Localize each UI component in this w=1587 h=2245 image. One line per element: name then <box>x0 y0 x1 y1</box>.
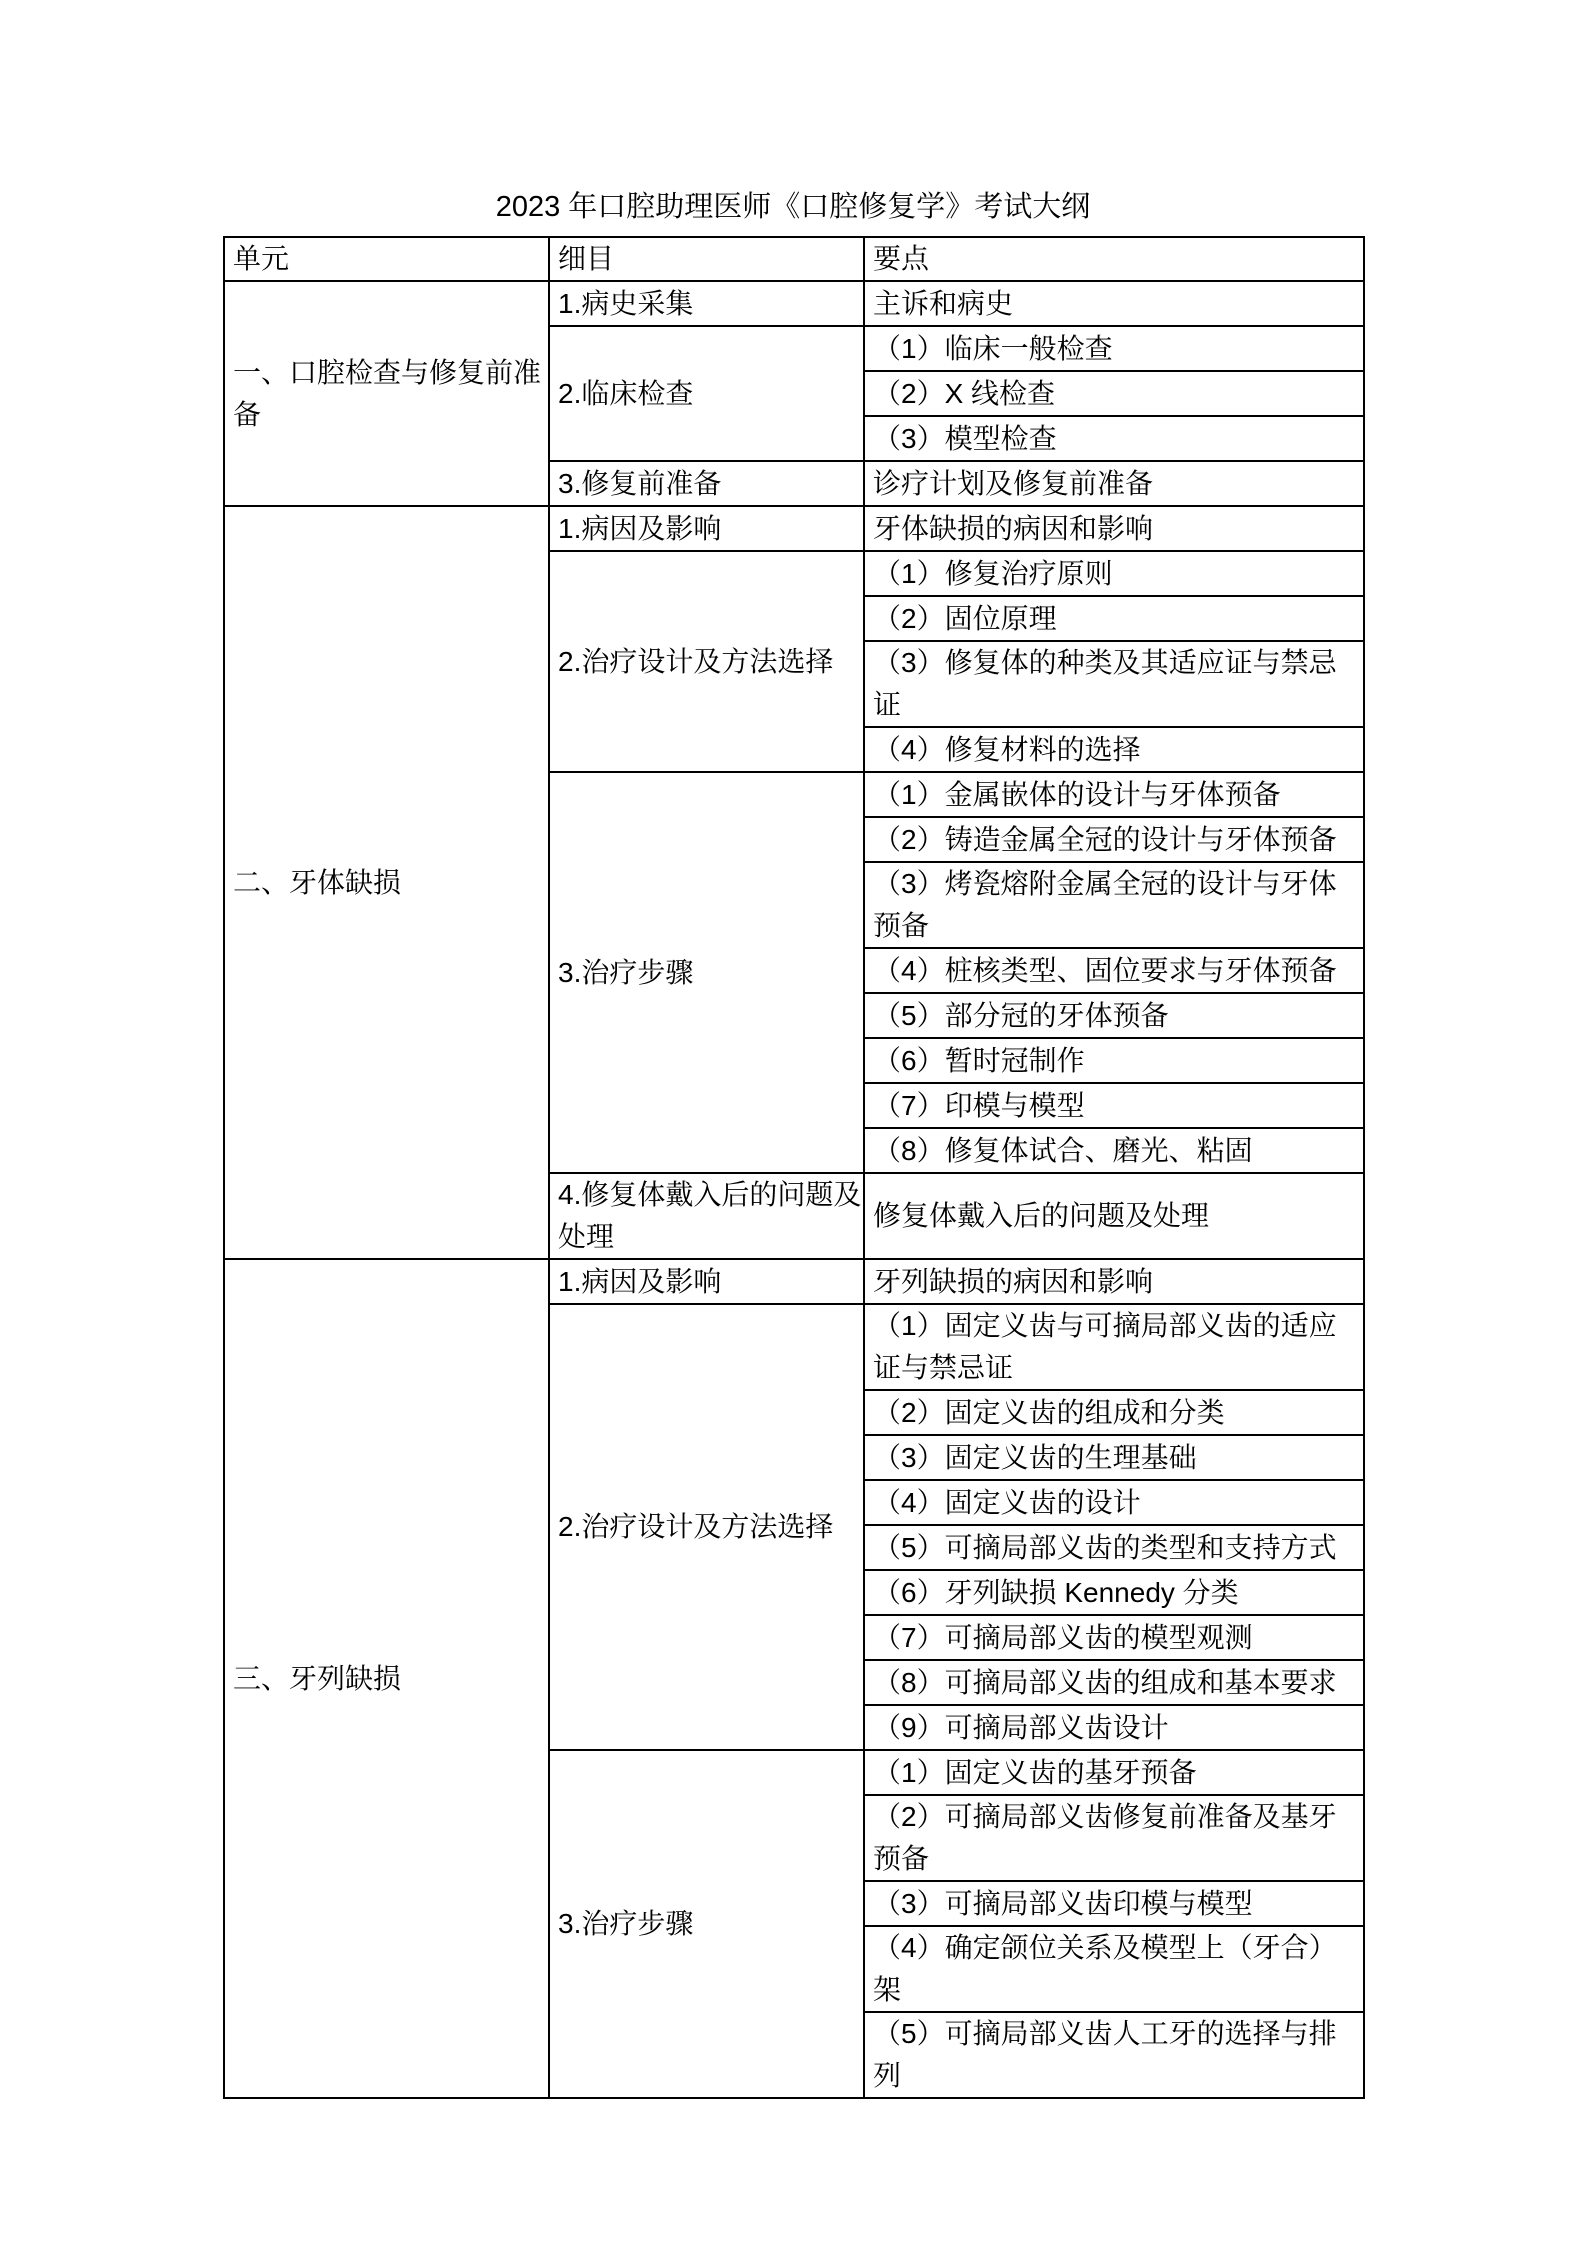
unit-cell: 三、牙列缺损 <box>224 1259 549 2098</box>
unit-cell: 二、牙体缺损 <box>224 506 549 1259</box>
point-cell: （5）可摘局部义齿的类型和支持方式 <box>864 1525 1364 1570</box>
point-cell: （1）金属嵌体的设计与牙体预备 <box>864 772 1364 817</box>
point-cell: （4）桩核类型、固位要求与牙体预备 <box>864 948 1364 993</box>
point-cell: 牙体缺损的病因和影响 <box>864 506 1364 551</box>
unit-cell: 一、口腔检查与修复前准备 <box>224 281 549 506</box>
header-row: 单元 细目 要点 <box>224 237 1364 281</box>
point-cell: （4）确定颌位关系及模型上（牙合）架 <box>864 1926 1364 2012</box>
point-cell: （3）固定义齿的生理基础 <box>864 1435 1364 1480</box>
point-cell: （2）铸造金属全冠的设计与牙体预备 <box>864 817 1364 862</box>
table-row: 二、牙体缺损1.病因及影响牙体缺损的病因和影响 <box>224 506 1364 551</box>
column-header-detail: 细目 <box>549 237 864 281</box>
detail-cell: 1.病因及影响 <box>549 1259 864 1304</box>
page: { "page": { "title": "2023 年口腔助理医师《口腔修复学… <box>0 0 1587 2245</box>
point-cell: 诊疗计划及修复前准备 <box>864 461 1364 506</box>
point-cell: （1）临床一般检查 <box>864 326 1364 371</box>
point-cell: （3）修复体的种类及其适应证与禁忌证 <box>864 641 1364 727</box>
point-cell: 修复体戴入后的问题及处理 <box>864 1173 1364 1259</box>
detail-cell: 3.治疗步骤 <box>549 772 864 1173</box>
point-cell: （1）固定义齿与可摘局部义齿的适应证与禁忌证 <box>864 1304 1364 1390</box>
point-cell: （1）固定义齿的基牙预备 <box>864 1750 1364 1795</box>
point-cell: （2）固定义齿的组成和分类 <box>864 1390 1364 1435</box>
table-header: 单元 细目 要点 <box>224 237 1364 281</box>
detail-cell: 4.修复体戴入后的问题及处理 <box>549 1173 864 1259</box>
point-cell: 牙列缺损的病因和影响 <box>864 1259 1364 1304</box>
table-row: 一、口腔检查与修复前准备1.病史采集主诉和病史 <box>224 281 1364 326</box>
point-cell: （2）X 线检查 <box>864 371 1364 416</box>
detail-cell: 2.临床检查 <box>549 326 864 461</box>
point-cell: （3）模型检查 <box>864 416 1364 461</box>
point-cell: （8）可摘局部义齿的组成和基本要求 <box>864 1660 1364 1705</box>
point-cell: （5）部分冠的牙体预备 <box>864 993 1364 1038</box>
point-cell: （3）可摘局部义齿印模与模型 <box>864 1881 1364 1926</box>
column-header-points: 要点 <box>864 237 1364 281</box>
detail-cell: 2.治疗设计及方法选择 <box>549 1304 864 1750</box>
point-cell: （5）可摘局部义齿人工牙的选择与排列 <box>864 2012 1364 2098</box>
point-cell: （6）暂时冠制作 <box>864 1038 1364 1083</box>
detail-cell: 1.病因及影响 <box>549 506 864 551</box>
point-cell: （9）可摘局部义齿设计 <box>864 1705 1364 1750</box>
point-cell: （4）修复材料的选择 <box>864 727 1364 772</box>
point-cell: （2）可摘局部义齿修复前准备及基牙预备 <box>864 1795 1364 1881</box>
column-header-unit: 单元 <box>224 237 549 281</box>
point-cell: （3）烤瓷熔附金属全冠的设计与牙体预备 <box>864 862 1364 948</box>
point-cell: （8）修复体试合、磨光、粘固 <box>864 1128 1364 1173</box>
table-row: 三、牙列缺损1.病因及影响牙列缺损的病因和影响 <box>224 1259 1364 1304</box>
point-cell: （7）印模与模型 <box>864 1083 1364 1128</box>
syllabus-table: 单元 细目 要点 一、口腔检查与修复前准备1.病史采集主诉和病史2.临床检查（1… <box>223 236 1365 2099</box>
point-cell: （1）修复治疗原则 <box>864 551 1364 596</box>
detail-cell: 2.治疗设计及方法选择 <box>549 551 864 772</box>
point-cell: （7）可摘局部义齿的模型观测 <box>864 1615 1364 1660</box>
document-title: 2023 年口腔助理医师《口腔修复学》考试大纲 <box>223 189 1363 225</box>
point-cell: （2）固位原理 <box>864 596 1364 641</box>
point-cell: （6）牙列缺损 Kennedy 分类 <box>864 1570 1364 1615</box>
detail-cell: 3.治疗步骤 <box>549 1750 864 2098</box>
detail-cell: 1.病史采集 <box>549 281 864 326</box>
point-cell: （4）固定义齿的设计 <box>864 1480 1364 1525</box>
detail-cell: 3.修复前准备 <box>549 461 864 506</box>
point-cell: 主诉和病史 <box>864 281 1364 326</box>
